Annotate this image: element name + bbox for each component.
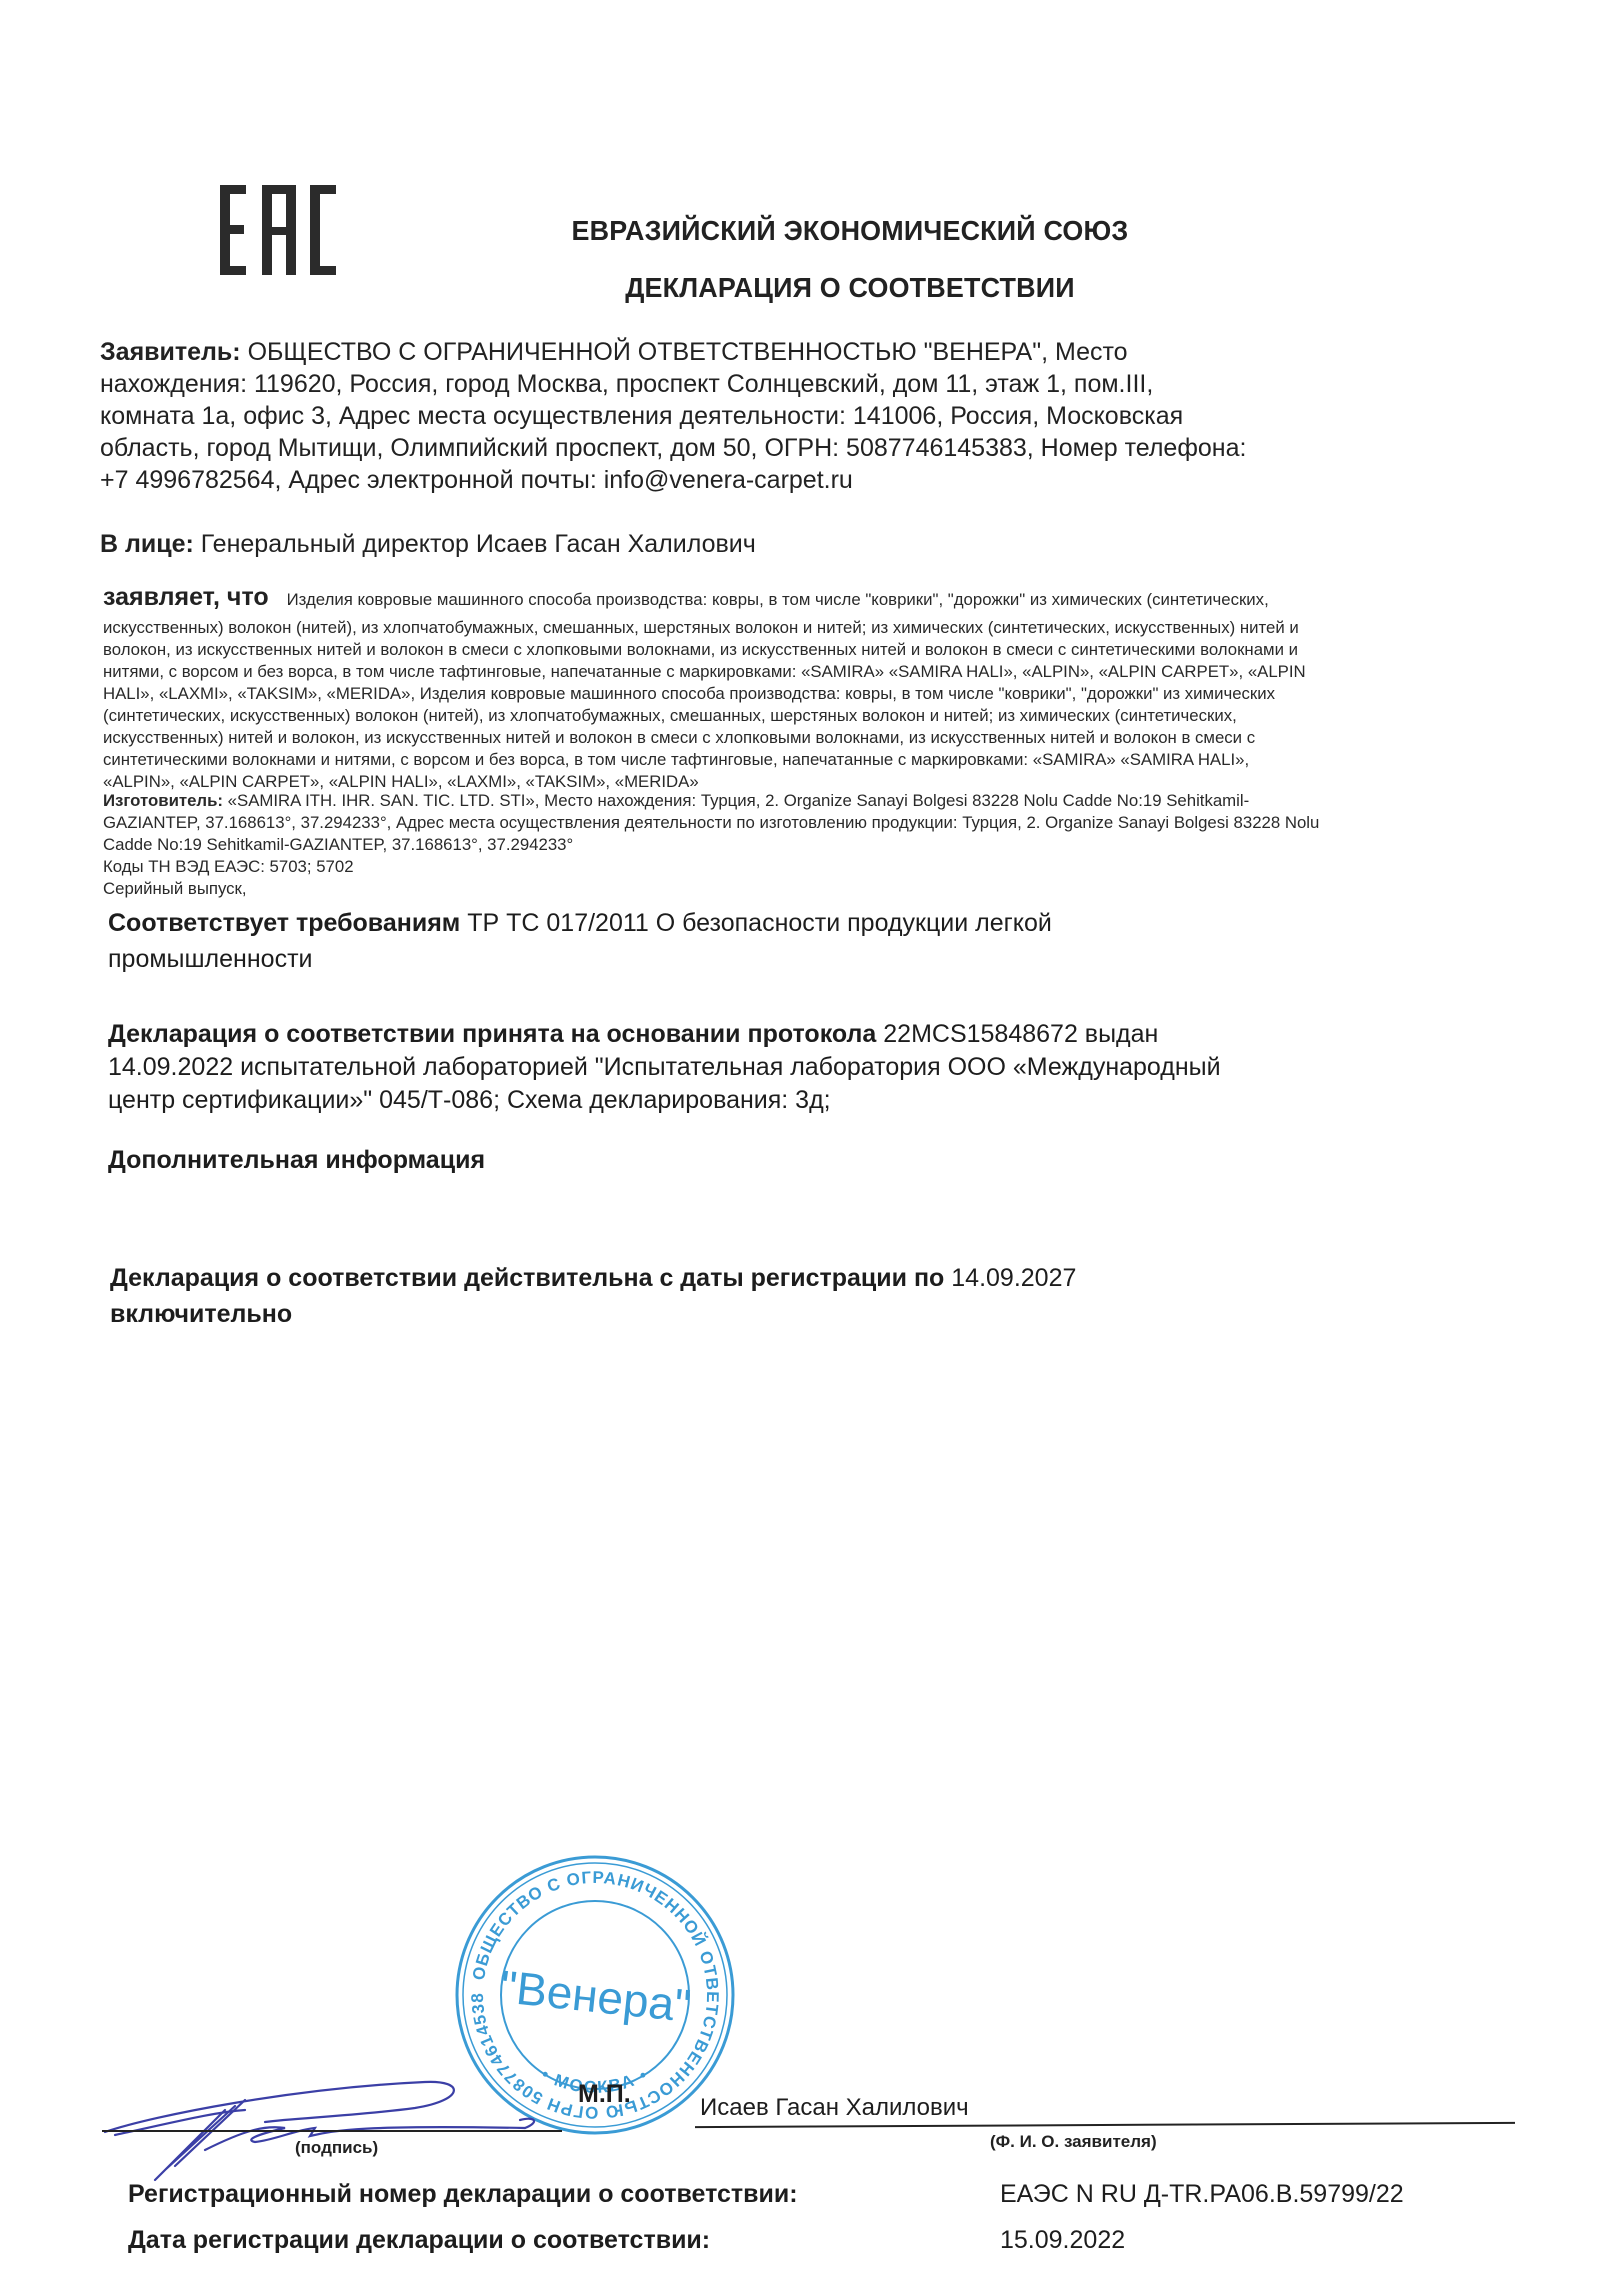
document-title: ДЕКЛАРАЦИЯ О СООТВЕТСТВИИ — [514, 272, 1186, 304]
declares-label: заявляет, что — [103, 583, 269, 611]
protocol-text: центр сертификации»" 045/Т-086; Схема де… — [108, 1084, 1548, 1117]
stamp-place-mark: М.П. — [578, 2080, 631, 2109]
additional-info-heading: Дополнительная информация — [108, 1146, 485, 1175]
applicant-label: Заявитель: — [100, 338, 241, 366]
applicant-line: комната 1а, офис 3, Адрес места осуществ… — [100, 400, 1540, 432]
representative: В лице: Генеральный директор Исаев Гасан… — [100, 528, 1500, 560]
representative-name: Генеральный директор Исаев Гасан Халилов… — [194, 530, 756, 558]
requirements-text: промышленности — [108, 941, 1508, 977]
registration-date-label: Дата регистрации декларации о соответств… — [128, 2226, 710, 2255]
protocol-label: Декларация о соответствии принята на осн… — [108, 1020, 876, 1048]
product-line: синтетическими волокнами и нитями, с вор… — [103, 749, 1543, 771]
validity-inclusive: включительно — [110, 1300, 292, 1328]
svg-text:"Венера": "Венера" — [498, 1960, 693, 2032]
requirements-text: ТР ТС 017/2011 О безопасности продукции … — [460, 909, 1052, 937]
name-line — [695, 2122, 1515, 2128]
applicant-section: Заявитель: ОБЩЕСТВО С ОГРАНИЧЕННОЙ ОТВЕТ… — [100, 336, 1540, 496]
protocol-section: Декларация о соответствии принята на осн… — [108, 1018, 1548, 1117]
manufacturer-line: GAZIANTEP, 37.168613°, 37.294233°, Адрес… — [103, 812, 1543, 834]
product-line: Изделия ковровые машинного способа произ… — [287, 590, 1269, 609]
validity-date: 14.09.2027 — [944, 1264, 1076, 1292]
union-title: ЕВРАЗИЙСКИЙ ЭКОНОМИЧЕСКИЙ СОЮЗ — [514, 215, 1186, 247]
manufacturer-section: Изготовитель: «SAMIRA ITH. IHR. SAN. TIC… — [103, 790, 1543, 900]
validity-label: Декларация о соответствии действительна … — [110, 1264, 944, 1292]
manufacturer-line: «SAMIRA ITH. IHR. SAN. TIC. LTD. STI», М… — [223, 791, 1249, 810]
applicant-signatory-name: Исаев Гасан Халилович — [700, 2094, 969, 2122]
applicant-line: ОБЩЕСТВО С ОГРАНИЧЕННОЙ ОТВЕТСТВЕННОСТЬЮ… — [241, 338, 1128, 366]
product-line: (синтетических, искусственных) волокон (… — [103, 705, 1543, 727]
registration-number: ЕАЭС N RU Д-TR.РА06.В.59799/22 — [1000, 2180, 1404, 2209]
name-caption: (Ф. И. О. заявителя) — [990, 2132, 1157, 2152]
applicant-line: область, город Мытищи, Олимпийский просп… — [100, 432, 1540, 464]
requirements-section: Соответствует требованиям ТР ТС 017/2011… — [108, 905, 1508, 977]
registration-date: 15.09.2022 — [1000, 2226, 1125, 2255]
signature-line — [102, 2130, 562, 2132]
manufacturer-line: Cadde No:19 Sehitkamil-GAZIANTEP, 37.168… — [103, 834, 1543, 856]
registration-number-label: Регистрационный номер декларации о соотв… — [128, 2180, 798, 2209]
protocol-number: 22MCS15848672 выдан — [876, 1020, 1158, 1048]
protocol-text: 14.09.2022 испытательной лабораторией "И… — [108, 1051, 1548, 1084]
product-line: нитями, с ворсом и без ворса, в том числ… — [103, 661, 1543, 683]
eac-mark-icon — [218, 183, 336, 277]
product-line: HALI», «LAXMI», «TAKSIM», «MERIDA», Изде… — [103, 683, 1543, 705]
product-description: заявляет, чтоИзделия ковровые машинного … — [103, 580, 1543, 793]
product-line: искусственных) нитей и волокон, из искус… — [103, 727, 1543, 749]
serial-release: Серийный выпуск, — [103, 878, 1543, 900]
applicant-line: +7 4996782564, Адрес электронной почты: … — [100, 464, 1540, 496]
requirements-label: Соответствует требованиям — [108, 909, 460, 937]
representative-label: В лице: — [100, 530, 194, 558]
hs-codes: Коды ТН ВЭД ЕАЭС: 5703; 5702 — [103, 856, 1543, 878]
product-line: искусственных) волокон (нитей), из хлопч… — [103, 617, 1543, 639]
eac-logo — [218, 183, 336, 277]
validity-section: Декларация о соответствии действительна … — [110, 1260, 1510, 1332]
manufacturer-label: Изготовитель: — [103, 791, 223, 810]
signature-caption: (подпись) — [295, 2138, 378, 2158]
product-line: волокон, из искусственных нитей и волоко… — [103, 639, 1543, 661]
applicant-line: нахождения: 119620, Россия, город Москва… — [100, 368, 1540, 400]
